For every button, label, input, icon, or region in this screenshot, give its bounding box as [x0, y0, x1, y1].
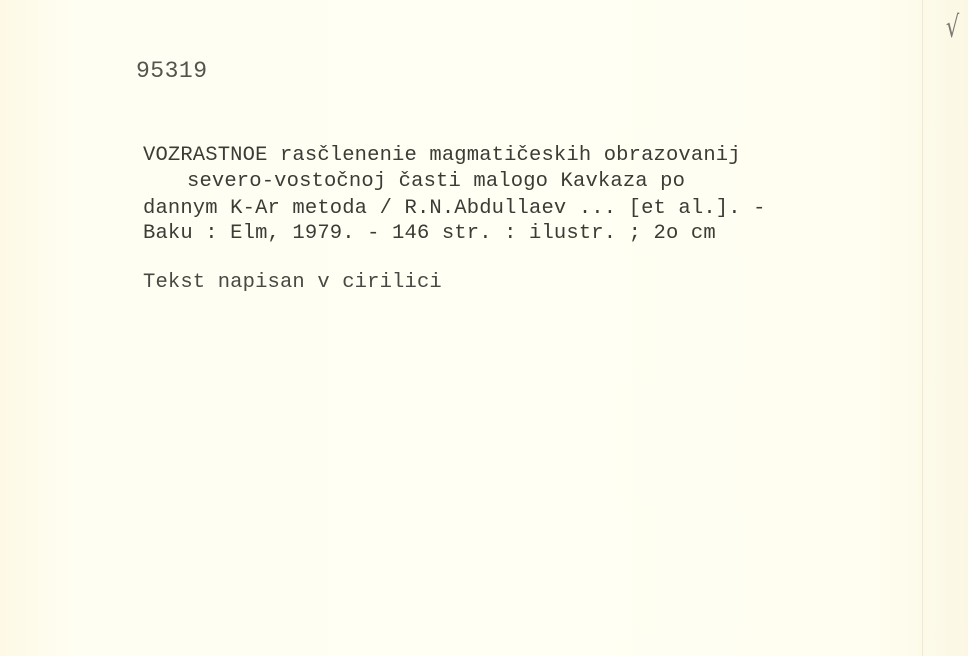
title-line-3: dannym K-Ar metoda / R.N.Abdullaev ... [… — [143, 196, 766, 222]
title-line-1: VOZRASTNOE rasčlenenie magmatičeskih obr… — [143, 143, 741, 169]
check-mark-icon: √ — [946, 10, 959, 45]
card-number: 95319 — [136, 58, 208, 84]
catalog-card: √ 95319 VOZRASTNOE rasčlenenie magmatiče… — [0, 0, 968, 656]
language-note: Tekst napisan v cirilici — [143, 270, 442, 296]
title-line-2: severo-vostočnoj časti malogo Kavkaza po — [187, 169, 685, 195]
card-edge-line — [922, 0, 923, 656]
publication-line: Baku : Elm, 1979. - 146 str. : ilustr. ;… — [143, 221, 716, 247]
